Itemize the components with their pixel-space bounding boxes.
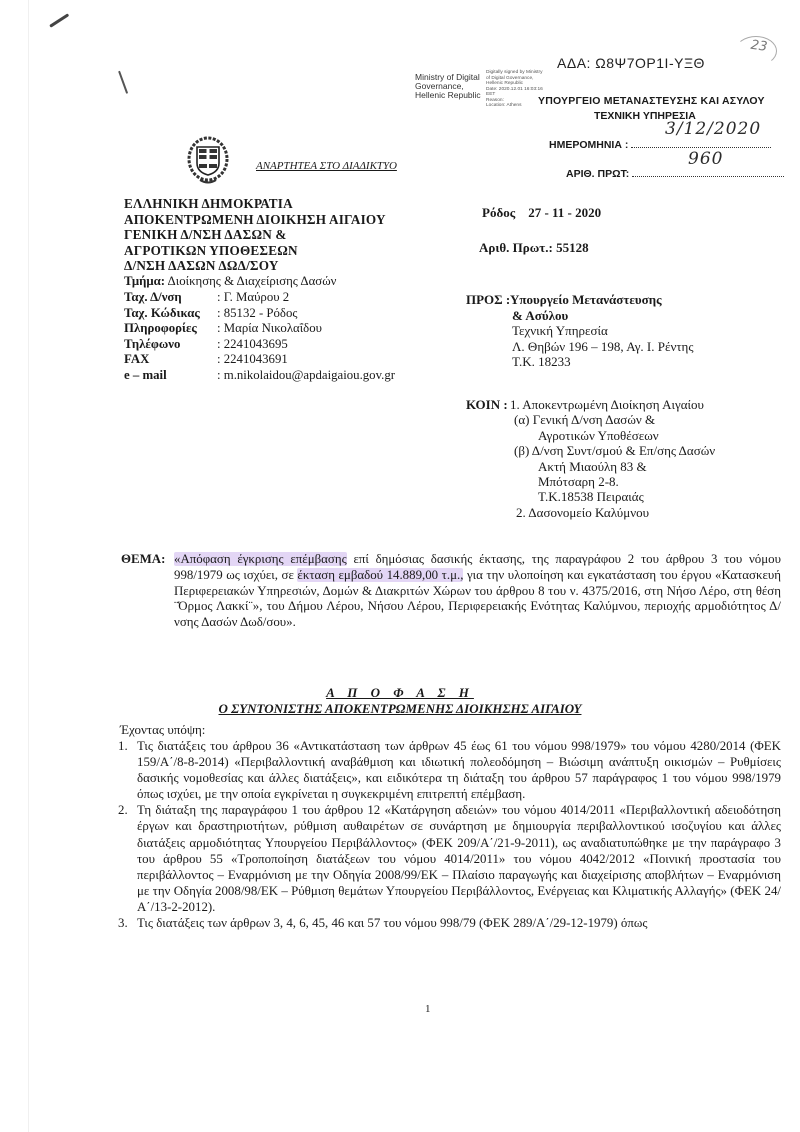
document-date: 27 - 11 - 2020 bbox=[528, 205, 601, 220]
digital-signature-details: Digitally signed by Ministry of Digital … bbox=[486, 70, 543, 109]
stamp-date-handwritten: 3/12/2020 bbox=[665, 119, 761, 139]
scan-margin-line bbox=[28, 0, 29, 1132]
stamp-protocol-row: ΑΡΙΘ. ΠΡΩΤ: bbox=[566, 166, 784, 180]
stamp-protocol-label: ΑΡΙΘ. ΠΡΩΤ: bbox=[566, 168, 629, 180]
subject-block: ΘΕΜΑ: «Απόφαση έγκρισης επέμβασης επί δη… bbox=[121, 552, 781, 631]
contact-row-fax: FAX: 2241043691 bbox=[124, 352, 395, 368]
contact-row-phone: Τηλέφωνο: 2241043695 bbox=[124, 337, 395, 353]
pen-mark bbox=[118, 71, 128, 94]
hellenic-republic-emblem-icon bbox=[186, 135, 230, 187]
cc-block: ΚΟΙΝ :1. Αποκεντρωμένη Διοίκηση Αιγαίου … bbox=[466, 397, 715, 520]
page-number: 1 bbox=[425, 1003, 431, 1015]
ministry-signature-org: Ministry of Digital Governance, Hellenic… bbox=[415, 73, 481, 100]
contact-row-info: Πληροφορίες: Μαρία Νικολαΐδου bbox=[124, 321, 395, 337]
sender-organization: ΕΛΛΗΝΙΚΗ ΔΗΜΟΚΡΑΤΙΑ ΑΠΟΚΕΝΤΡΩΜΕΝΗ ΔΙΟΙΚΗ… bbox=[124, 196, 386, 274]
stamp-protocol-handwritten: 960 bbox=[688, 149, 723, 169]
page-annotation: 23 bbox=[748, 38, 785, 66]
highlight: έκταση εμβαδού 14.889,00 τ.μ., bbox=[297, 568, 463, 582]
considering-label: Έχοντας υπόψη: bbox=[120, 722, 205, 738]
recipient-block: ΠΡΟΣ :Υπουργείο Μετανάστευσης & Ασύλου Τ… bbox=[466, 292, 694, 370]
decision-subtitle: Ο ΣΥΝΤΟΝΙΣΤΗΣ ΑΠΟΚΕΝΤΡΩΜΕΝΗΣ ΔΙΟΙΚΗΣΗΣ Α… bbox=[0, 701, 800, 717]
sender-contact: Ταχ. Δ/νση: Γ. Μαύρου 2 Ταχ. Κώδικας: 85… bbox=[124, 290, 395, 384]
sender-department: Τμήμα: Διοίκησης & Διαχείρισης Δασών bbox=[124, 274, 336, 289]
subject-label: ΘΕΜΑ: bbox=[121, 552, 165, 568]
protocol-number: Αριθ. Πρωτ.: 55128 bbox=[479, 240, 589, 256]
list-item: 1. Τις διατάξεις του άρθρου 36 «Αντικατά… bbox=[118, 738, 781, 802]
recipient-label: ΠΡΟΣ : bbox=[466, 292, 510, 308]
list-item: 3. Τις διατάξεις των άρθρων 3, 4, 6, 45,… bbox=[118, 915, 781, 931]
place-date: Ρόδος 27 - 11 - 2020 bbox=[482, 205, 601, 221]
stamp-ministry: ΥΠΟΥΡΓΕΙΟ ΜΕΤΑΝΑΣΤΕΥΣΗΣ ΚΑΙ ΑΣΥΛΟΥ bbox=[538, 94, 765, 109]
decision-title: Α Π Ο Φ Α Σ Η bbox=[0, 685, 800, 701]
pen-mark bbox=[49, 13, 69, 27]
post-online-notice: ΑΝΑΡΤΗΤΕΑ ΣΤΟ ΔΙΑΔΙΚΤΥΟ bbox=[256, 160, 397, 172]
considerations-list: 1. Τις διατάξεις του άρθρου 36 «Αντικατά… bbox=[118, 738, 781, 931]
ada-code: ΑΔΑ: Ω8Ψ7ΟΡ1Ι-ΥΞΘ bbox=[557, 55, 705, 71]
contact-row-postcode: Ταχ. Κώδικας: 85132 - Ρόδος bbox=[124, 306, 395, 322]
cc-label: ΚΟΙΝ : bbox=[466, 397, 510, 412]
contact-row-address: Ταχ. Δ/νση: Γ. Μαύρου 2 bbox=[124, 290, 395, 306]
stamp-date-row: ΗΜΕΡΟΜΗΝΙΑ : bbox=[549, 137, 771, 151]
contact-row-email: e – mail: m.nikolaidou@apdaigaiou.gov.gr bbox=[124, 368, 395, 384]
stamp-date-label: ΗΜΕΡΟΜΗΝΙΑ : bbox=[549, 139, 628, 151]
highlight: «Απόφαση έγκρισης επέμβασης bbox=[174, 552, 347, 566]
subject-text: «Απόφαση έγκρισης επέμβασης επί δημόσιας… bbox=[174, 552, 781, 631]
decision-heading: Α Π Ο Φ Α Σ Η Ο ΣΥΝΤΟΝΙΣΤΗΣ ΑΠΟΚΕΝΤΡΩΜΕΝ… bbox=[0, 685, 800, 717]
place: Ρόδος bbox=[482, 205, 515, 220]
list-item: 2. Τη διάταξη της παραγράφου 1 του άρθρο… bbox=[118, 802, 781, 915]
